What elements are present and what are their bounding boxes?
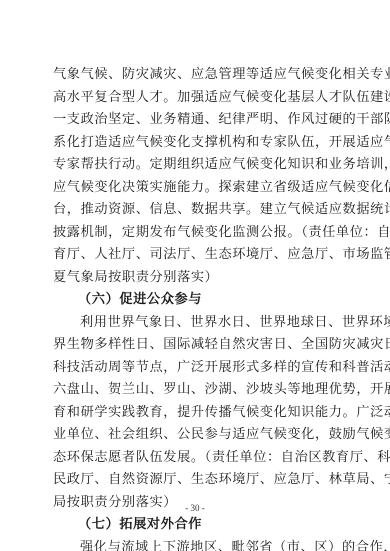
paragraph-line: 民政厅、自然资源厅、生态环境厅、应急厅、林草局、宁夏气象 bbox=[53, 469, 343, 492]
paragraph-line: 气象气候、防灾减灾、应急管理等适应气候变化相关专业，培养 bbox=[53, 64, 343, 87]
paragraph-line: 界生物多样性日、国际减轻自然灾害日、全国防灾减灾日、全国 bbox=[53, 334, 343, 357]
paragraph-line: 系化打造适应气候变化支撑机构和专家队伍，开展适应气候变化 bbox=[53, 132, 343, 155]
paragraph-line: 育和研学实践教育，提升传播气候变化知识能力。广泛动员企事 bbox=[53, 402, 343, 425]
paragraph-line: 六盘山、贺兰山、罗山、沙湖、沙坡头等地理优势，开展科普教 bbox=[53, 379, 343, 402]
paragraph-line: 态环保志愿者队伍发展。（责任单位：自治区教育厅、科技厅、 bbox=[53, 447, 343, 470]
paragraph-line: 专家帮扶行动。定期组织适应气候变化知识和业务培训，提高适 bbox=[53, 154, 343, 177]
paragraph-line: 夏气象局按职责分别落实） bbox=[53, 267, 343, 290]
paragraph-line: 披露机制，定期发布气候变化监测公报。（责任单位：自治区教 bbox=[53, 222, 343, 245]
paragraph-line: 台，推动资源、信息、数据共享。建立气候适应数据统计和信息 bbox=[53, 199, 343, 222]
paragraph-line: 业单位、社会组织、公民参与适应气候变化，鼓励气候变化和生 bbox=[53, 424, 343, 447]
paragraph-line: 一支政治坚定、业务精通、纪律严明、作风过硬的干部队伍。体 bbox=[53, 109, 343, 132]
section-heading-7: （七）拓展对外合作 bbox=[53, 514, 343, 537]
paragraph-line: 强化与流域上下游地区、毗邻省（市、区）的合作，深化气 bbox=[53, 537, 343, 551]
paragraph-line: 科技活动周等节点，广泛开展形式多样的宣传和科普活动。发挥 bbox=[53, 357, 343, 380]
paragraph-line: 高水平复合型人才。加强适应气候变化基层人才队伍建设，形成 bbox=[53, 87, 343, 110]
section-heading-6: （六）促进公众参与 bbox=[53, 289, 343, 312]
paragraph-line: 育厅、人社厅、司法厅、生态环境厅、应急厅、市场监管局、宁 bbox=[53, 244, 343, 267]
page-number: - 30 - bbox=[0, 503, 390, 513]
document-page: 气象气候、防灾减灾、应急管理等适应气候变化相关专业，培养 高水平复合型人才。加强… bbox=[0, 0, 390, 551]
paragraph-line: 应气候变化决策实施能力。探索建立省级适应气候变化信息平 bbox=[53, 177, 343, 200]
paragraph-line: 利用世界气象日、世界水日、世界地球日、世界环境日、世 bbox=[53, 312, 343, 335]
document-body: 气象气候、防灾减灾、应急管理等适应气候变化相关专业，培养 高水平复合型人才。加强… bbox=[53, 64, 343, 551]
